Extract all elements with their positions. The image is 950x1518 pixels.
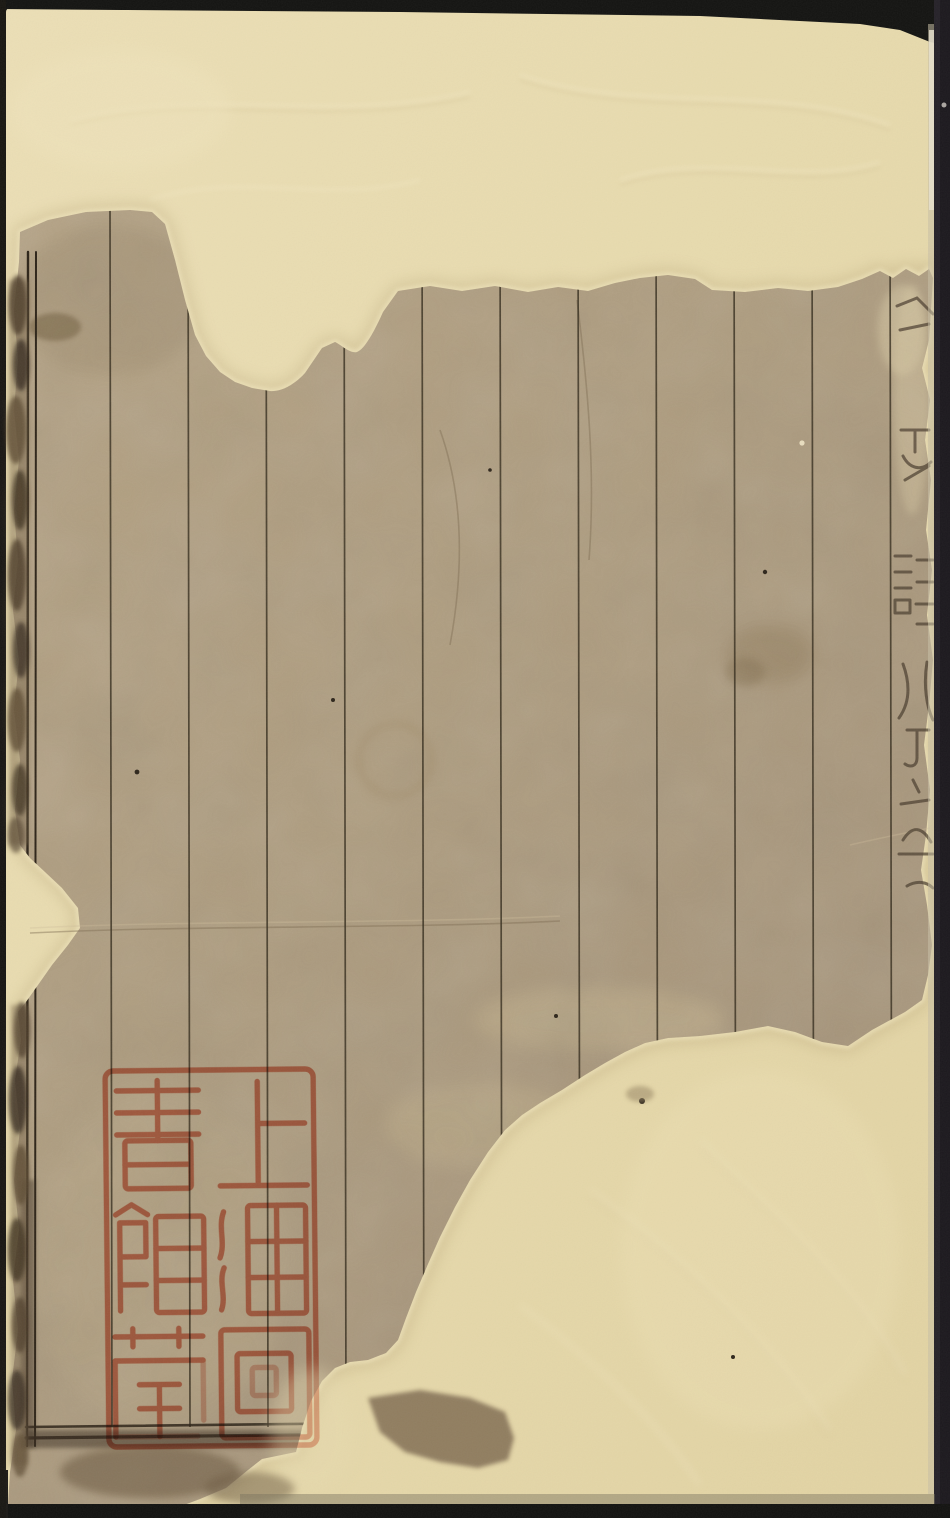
page-scan-canvas bbox=[0, 0, 950, 1518]
scanned-page: 上海圖書館藏 支譜分之一 bbox=[0, 0, 950, 1518]
film-grain bbox=[0, 0, 950, 1518]
